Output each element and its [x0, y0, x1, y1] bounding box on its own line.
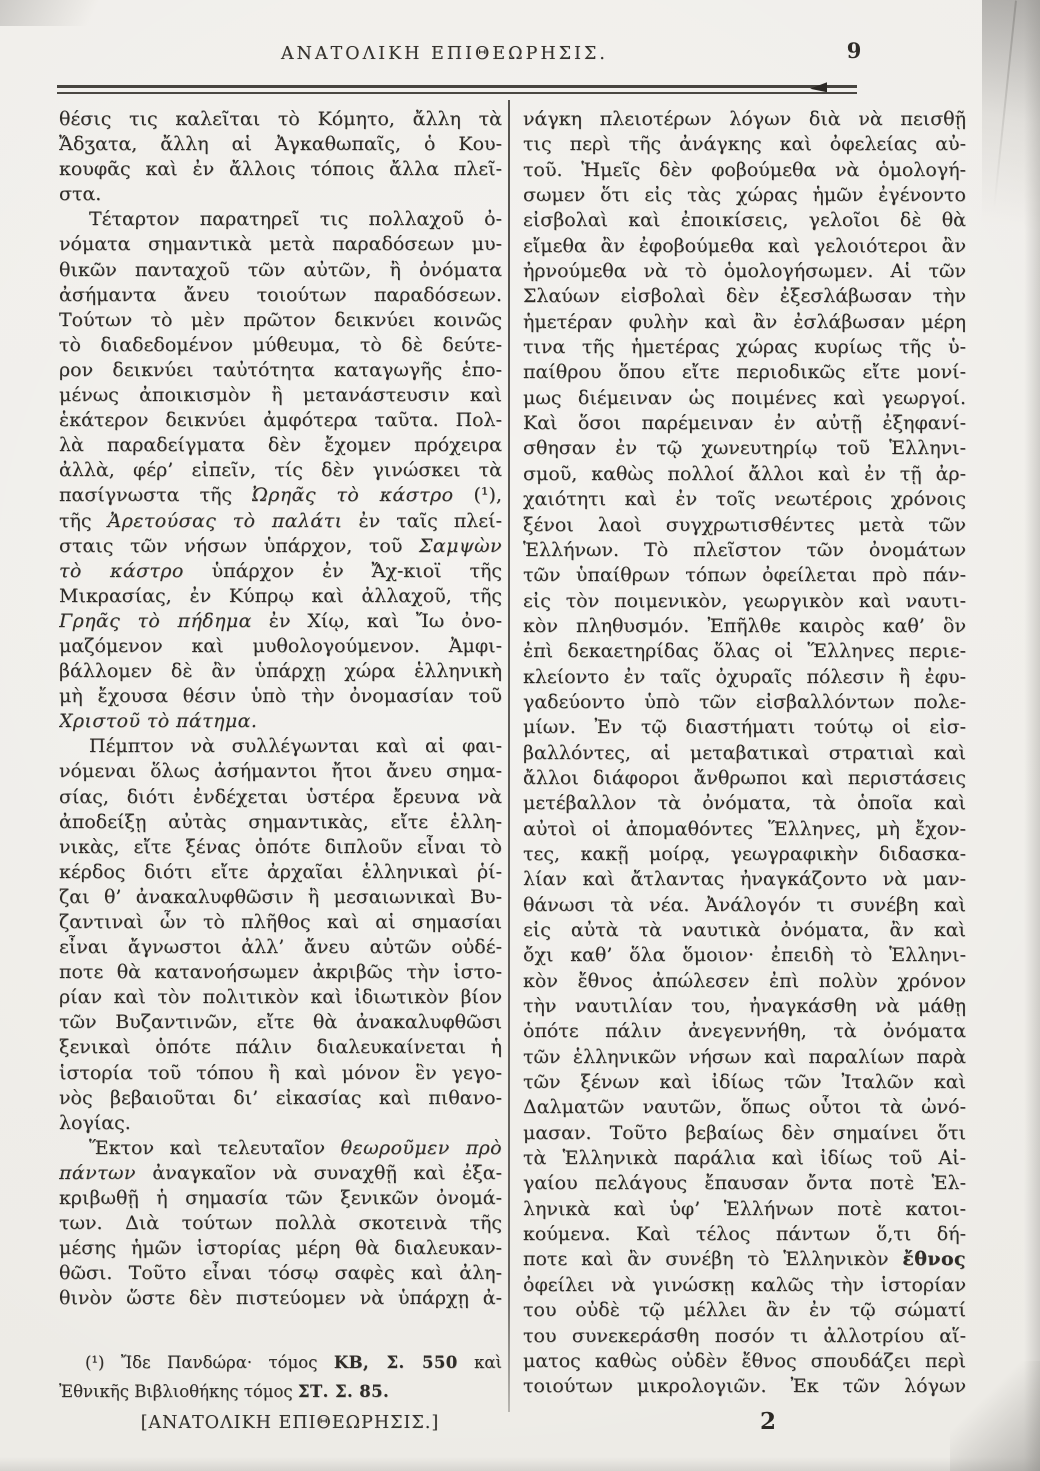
text-line: του συνεκεράσθη ποσόν τι ἀλλοτρίου αἵ-: [523, 1324, 966, 1349]
text-line: Ἐθνικῆς Βιβλιοθήκης τόμος ΣΤ. Σ. 85.: [59, 1377, 502, 1406]
page-number: 9: [834, 38, 874, 63]
text-line: μετέβαλλον τὰ ὀνόματα, τὰ ὁποῖα καὶ: [523, 791, 966, 816]
text-line: μως διέμειναν ὡς ποιμένες καὶ γεωργοί.: [523, 386, 966, 411]
text-line: χαιότητι καὶ ἐν τοῖς νεωτέροις χρόνοις: [523, 487, 966, 512]
scan-shadow-top-left: [0, 0, 130, 26]
text-line: νάγκη πλειοτέρων λόγων διὰ νὰ πεισθῇ: [523, 107, 966, 132]
text-line: ἑκάτερον δεικνύει ἀμφότερα ταῦτα. Πολ-: [59, 408, 502, 433]
text-line: του οὐδὲ τῷ μέλλει ἂν ἐν τῷ σώματί: [523, 1298, 966, 1323]
text-line: κριβωθῇ ἡ σημασία τῶν ξενικῶν ὀνομά-: [59, 1186, 502, 1211]
text-line: ρίαν καὶ τὸν πολιτικὸν καὶ ἰδιωτικὸν βίο…: [59, 985, 502, 1010]
text-line: Ἕκτον καὶ τελευταῖον θεωροῦμεν πρὸ: [59, 1136, 502, 1161]
text-line: νικὰς, εἴτε ξένας ὁπότε διπλοῦν εἶναι τὸ: [59, 835, 502, 860]
text-line: Ἑλλήνων. Τὸ πλεῖστον τῶν ὀνομάτων: [523, 538, 966, 563]
text-line: βάλλομεν δὲ ἂν ὑπάρχῃ χώρα ἑλληνικὴ: [59, 659, 502, 684]
footer-journal-name: [ΑΝΑΤΟΛΙΚΗ ΕΠΙΘΕΩΡΗΣΙΣ.]: [80, 1413, 500, 1433]
text-line: βαλλόντες, αἱ μεταβατικαὶ στρατιαὶ καὶ: [523, 741, 966, 766]
text-line: πασίγνωστα τῆς Ὠρηᾶς τὸ κάστρο (¹),: [59, 483, 502, 508]
text-line: τῶν Βυζαντινῶν, εἴτε θὰ ἀνακαλυφθῶσι: [59, 1010, 502, 1035]
text-line: ζαι θ’ ἀνακαλυφθῶσιν ἢ μεσαιωνικαὶ Βυ-: [59, 885, 502, 910]
text-line: μίων. Ἐν τῷ διαστήματι τούτῳ οἱ εἰσ-: [523, 715, 966, 740]
text-line: των. Διὰ τούτων πολλὰ σκοτεινὰ τῆς: [59, 1211, 502, 1236]
text-line: νόμεναι ὅλως ἀσήμαντοι ἤτοι ἄνευ σημα-: [59, 759, 502, 784]
text-line: σωμεν ὅτι εἰς τὰς χώρας ἡμῶν ἐγένοντο: [523, 183, 966, 208]
text-line: ἡμετέραν φυλὴν καὶ ἂν ἐσλάβωσαν μέρη: [523, 310, 966, 335]
text-line: στα.: [59, 182, 502, 207]
text-line: τοῦ. Ἡμεῖς δὲν φοβούμεθα νὰ ὁμολογή-: [523, 158, 966, 183]
text-line: ποτε καὶ ἂν συνέβη τὸ Ἑλληνικὸν ἔθνος: [523, 1247, 966, 1272]
text-line: τῶν ξένων καὶ ἰδίως τῶν Ἰταλῶν καὶ: [523, 1070, 966, 1095]
text-line: ἀποδείξῃ αὐτὰς σημαντικὰς, εἴτε ἑλλη-: [59, 810, 502, 835]
text-line: Πέμπτον νὰ συλλέγωνται καὶ αἱ φαι-: [59, 734, 502, 759]
text-line: ληνικὰ καὶ ὑφ’ Ἑλλήνων ποτὲ κατοι-: [523, 1197, 966, 1222]
text-line: νόματα σημαντικὰ μετὰ παραδόσεων μυ-: [59, 232, 502, 257]
text-line: ρον δεικνύει ταὐτότητα καταγωγῆς ἑπο-: [59, 358, 502, 383]
text-line: κούμενα. Καὶ τέλος πάντων ὅ,τι δή-: [523, 1222, 966, 1247]
text-line: σθησαν ἐν τῷ χωνευτηρίῳ τοῦ Ἑλληνι-: [523, 436, 966, 461]
text-line: ἠρνούμεθα νὰ τὸ ὁμολογήσωμεν. Αἱ τῶν: [523, 259, 966, 284]
text-line: λὰ παραδείγματα δὲν ἔχομεν πρόχειρα: [59, 433, 502, 458]
text-line: τὸ διαδεδομένον μύθευμα, τὸ δὲ δεύτε-: [59, 333, 502, 358]
left-column: θέσις τις καλεῖται τὸ Κόμητο, ἄλλη τὰἌδʒ…: [59, 107, 502, 1312]
text-line: Τέταρτον παρατηρεῖ τις πολλαχοῦ ὀ-: [59, 207, 502, 232]
text-line: πάντων ἀναγκαῖον νὰ συναχθῇ καὶ ἐξα-: [59, 1161, 502, 1186]
text-line: ξένοι λαοὶ συγχρωτισθέντες μετὰ τῶν: [523, 513, 966, 538]
text-line: Τούτων τὸ μὲν πρῶτον δεικνύει κοινῶς: [59, 308, 502, 333]
text-line: Σλαύων εἰσβολαὶ δὲν ἐξεσλάβωσαν τὴν: [523, 284, 966, 309]
column-divider-rule: [508, 100, 510, 1412]
text-line: εἶναι ἄγνωστοι ἀλλ’ ἄνευ αὐτῶν οὐδέ-: [59, 935, 502, 960]
text-line: κουφᾶς καὶ ἐν ἄλλοις τόποις ἄλλα πλεῖ-: [59, 157, 502, 182]
text-line: εἴμεθα ἂν ἐφοβούμεθα καὶ γελοιότεροι ἂν: [523, 234, 966, 259]
text-line: ματος καθὼς οὐδὲν ἔθνος σπουδάζει περὶ: [523, 1349, 966, 1374]
text-line: Μικρασίας, ἐν Κύπρῳ καὶ ἀλλαχοῦ, τῆς: [59, 584, 502, 609]
text-line: θάνωσι τὰ νέα. Ἀνάλογόν τι συνέβη καὶ: [523, 893, 966, 918]
text-line: Γρηᾶς τὸ πήδημα ἐν Χίῳ, καὶ Ἴω ὀνο-: [59, 609, 502, 634]
text-line: νὸς βεβαιοῦται δι’ εἰκασίας καὶ πιθανο-: [59, 1086, 502, 1111]
text-line: ἐπὶ δεκαετηρίδας ὅλας οἱ Ἕλληνες περιε-: [523, 639, 966, 664]
text-line: ποτε θὰ κατανοήσωμεν ἀκριβῶς τὴν ἱστο-: [59, 960, 502, 985]
text-line: ζαντιναὶ ὧν τὸ πλῆθος καὶ αἱ σημασίαι: [59, 910, 502, 935]
text-line: σταις τῶν νήσων ὑπάρχον, τοῦ Σαμψὼν: [59, 534, 502, 559]
text-line: λογίας.: [59, 1111, 502, 1136]
text-line: τοιούτων μικρολογιῶν. Ἐκ τῶν λόγων: [523, 1374, 966, 1399]
text-line: μασαν. Τοῦτο βεβαίως δὲν σημαίνει ὅτι: [523, 1121, 966, 1146]
text-line: ἀσήμαντα ἄνευ τοιούτων παραδόσεων.: [59, 283, 502, 308]
text-line: ξενικαὶ ὁπότε πάλιν διαλευκαίνεται ἡ: [59, 1035, 502, 1060]
text-line: εἰσβολαὶ καὶ ἐποικίσεις, γελοῖοι δὲ θὰ: [523, 208, 966, 233]
text-line: τῶν ὑπαίθρων τόπων ὀφείλεται πρὸ πάν-: [523, 563, 966, 588]
text-line: κέρδος διότι εἴτε ἀρχαῖαι ἑλληνικαὶ ῥί-: [59, 860, 502, 885]
text-line: τες, κακῇ μοίρᾳ, γεωγραφικὴν διδασκα-: [523, 842, 966, 867]
scan-shadow-bottom-edge: [0, 1457, 1040, 1471]
text-line: ἀλλὰ, φέρ’ εἰπεῖν, τίς δὲν γινώσκει τὰ: [59, 458, 502, 483]
text-line: τῶν ἑλληνικῶν νήσων καὶ παραλίων παρὰ: [523, 1045, 966, 1070]
text-line: (¹) Ἴδε Πανδώρα· τόμος ΚΒ, Σ. 550 καὶ: [59, 1348, 502, 1377]
text-line: τις περὶ τῆς ἀνάγκης καὶ ὀφελείας αὐ-: [523, 132, 966, 157]
text-line: τινα τῆς ἡμετέρας χώρας κυρίως τῆς ὑ-: [523, 335, 966, 360]
text-line: μὴ ἔχουσα θέσιν ὑπὸ τὴν ὀνομασίαν τοῦ: [59, 684, 502, 709]
text-line: κὸν πληθυσμόν. Ἐπῆλθε καιρὸς καθ’ ὃν: [523, 614, 966, 639]
text-line: εἰς τὸν ποιμενικὸν, γεωργικὸν καὶ ναυτι-: [523, 589, 966, 614]
text-line: θέσις τις καλεῖται τὸ Κόμητο, ἄλλη τὰ: [59, 107, 502, 132]
footer-signature-number: 2: [746, 1408, 790, 1435]
text-line: ὀφείλει νὰ γινώσκῃ καλῶς τὴν ἱστορίαν: [523, 1273, 966, 1298]
text-line: μαζόμενον καὶ μυθολογούμενον. Ἀμφι-: [59, 634, 502, 659]
text-line: θικῶν πανταχοῦ τῶν αὐτῶν, ἢ ὀνόματα: [59, 258, 502, 283]
scan-shadow-right-edge: [1024, 0, 1040, 1471]
text-line: σίας, διότι ἐνδέχεται ὑστέρα ἔρευνα νὰ: [59, 785, 502, 810]
text-line: γαδεύοντο ὑπὸ τῶν εἰσβαλλόντων πολε-: [523, 690, 966, 715]
text-line: τὴν ναυτιλίαν του, ἠναγκάσθη νὰ μάθῃ: [523, 994, 966, 1019]
text-line: τῆς Ἀρετούσας τὸ παλάτι ἐν ταῖς πλεί-: [59, 509, 502, 534]
text-line: κλείοντο ἐν ταῖς ὀχυραῖς πόλεσιν ἢ ἐφυ-: [523, 665, 966, 690]
right-column: νάγκη πλειοτέρων λόγων διὰ νὰ πεισθῇτις …: [523, 107, 966, 1400]
text-line: ἄλλοι διάφοροι ἄνθρωποι καὶ περιστάσεις: [523, 766, 966, 791]
text-line: ἱστορία τοῦ τόπου ἢ καὶ μόνον ἓν γεγο-: [59, 1061, 502, 1086]
text-line: μέσης ἡμῶν ἱστορίας μέρη θὰ διαλευκαν-: [59, 1236, 502, 1261]
text-line: ὁπότε πάλιν ἀνεγεννήθη, τὰ ὀνόματα: [523, 1019, 966, 1044]
text-line: λίαν καὶ ἄτλαντας ἠναγκάζοντο νὰ μαν-: [523, 867, 966, 892]
text-line: θινὸν ὥστε δὲν πιστεύομεν νὰ ὑπάρχῃ ἀ-: [59, 1286, 502, 1311]
scanned-page: ΑΝΑΤΟΛΙΚΗ ΕΠΙΘΕΩΡΗΣΙΣ. 9 θέσις τις καλεῖ…: [0, 0, 1040, 1471]
text-line: σμοῦ, καθὼς πολλοί ἄλλοι καὶ ἐν τῇ ἀρ-: [523, 462, 966, 487]
text-line: θῶσι. Τοῦτο εἶναι τόσῳ σαφὲς καὶ ἀλη-: [59, 1261, 502, 1286]
text-line: εἰς αὐτὰ τὰ ναυτικὰ ὀνόματα, ἂν καὶ: [523, 918, 966, 943]
text-line: τὰ Ἑλληνικὰ παράλια καὶ ἰδίως τοῦ Αἰ-: [523, 1146, 966, 1171]
text-line: Καὶ ὅσοι παρέμειναν ἐν αὐτῇ ἐξηφανί-: [523, 411, 966, 436]
ink-blot-mark: [810, 82, 827, 93]
text-line: Δαλματῶν ναυτῶν, ὅπως οὗτοι τὰ ὠνό-: [523, 1095, 966, 1120]
text-line: παίθρου ὅπου εἴτε περιοδικῶς εἴτε μονί-: [523, 360, 966, 385]
text-line: μένως ἀποικισμὸν ἢ μετανάστευσιν καὶ: [59, 383, 502, 408]
text-line: κὸν ἔθνος ἀπώλεσεν ἐπὶ πολὺν χρόνον: [523, 969, 966, 994]
text-line: ὄχι καθ’ ὅλα ὅμοιον· ἐπειδὴ τὸ Ἑλληνι-: [523, 943, 966, 968]
text-line: Ἄδʒατα, ἄλλη αἱ Ἀγκαθωπαῖς, ὁ Κου-: [59, 132, 502, 157]
header-double-rule: [57, 85, 857, 94]
journal-masthead-title: ΑΝΑΤΟΛΙΚΗ ΕΠΙΘΕΩΡΗΣΙΣ.: [57, 44, 832, 64]
footnote: (¹) Ἴδε Πανδώρα· τόμος ΚΒ, Σ. 550 καὶἘθν…: [59, 1348, 502, 1406]
text-line: αὐτοὶ οἱ ἀπομαθόντες Ἕλληνες, μὴ ἔχον-: [523, 817, 966, 842]
text-line: τὸ κάστρο ὑπάρχον ἐν Ἄχ-κιοϊ τῆς: [59, 559, 502, 584]
text-line: Χριστοῦ τὸ πάτημα.: [59, 709, 502, 734]
text-line: γαίου πελάγους ἔπαυσαν ὄντα ποτὲ Ἑλ-: [523, 1171, 966, 1196]
